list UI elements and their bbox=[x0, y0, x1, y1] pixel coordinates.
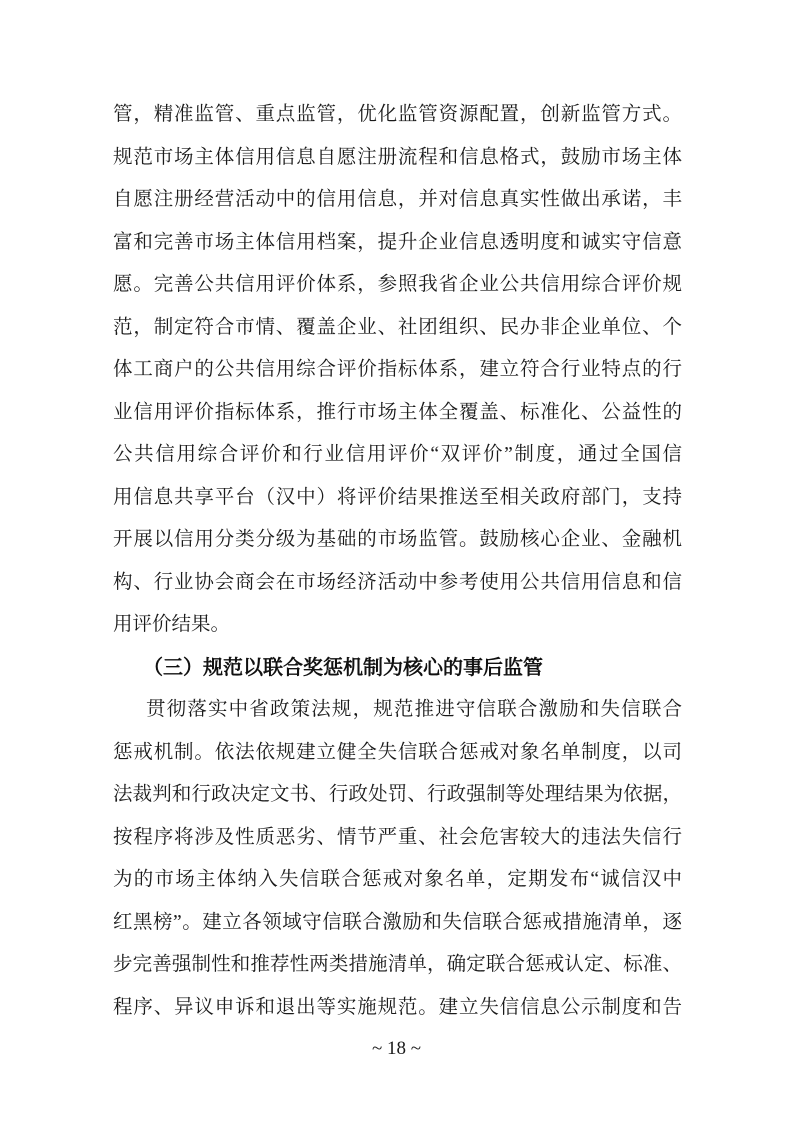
paragraph-line: 惩戒机制。依法依规建立健全失信联合惩戒对象名单制度，以司 bbox=[113, 732, 682, 775]
paragraph-line: 愿。完善公共信用评价体系，参照我省企业公共信用综合评价规 bbox=[113, 264, 682, 307]
paragraph-line: 步完善强制性和推荐性两类措施清单，确定联合惩戒认定、标准、 bbox=[113, 944, 682, 987]
paragraph-line: 法裁判和行政决定文书、行政处罚、行政强制等处理结果为依据， bbox=[113, 774, 682, 817]
paragraph-line: 管，精准监管、重点监管，优化监管资源配置，创新监管方式。 bbox=[113, 94, 682, 137]
paragraph-line: 规范市场主体信用信息自愿注册流程和信息格式，鼓励市场主体 bbox=[113, 137, 682, 180]
paragraph-line: 为的市场主体纳入失信联合惩戒对象名单，定期发布“诚信汉中 bbox=[113, 859, 682, 902]
paragraph-line: 业信用评价指标体系，推行市场主体全覆盖、标准化、公益性的 bbox=[113, 392, 682, 435]
document-page: 管，精准监管、重点监管，优化监管资源配置，创新监管方式。 规范市场主体信用信息自… bbox=[0, 0, 793, 1122]
paragraph-line: 红黑榜”。建立各领域守信联合激励和失信联合惩戒措施清单，逐 bbox=[113, 902, 682, 945]
body-text-block: 管，精准监管、重点监管，优化监管资源配置，创新监管方式。 规范市场主体信用信息自… bbox=[113, 94, 682, 1029]
paragraph-line: 用信息共享平台（汉中）将评价结果推送至相关政府部门，支持 bbox=[113, 477, 682, 520]
paragraph-line: 范，制定符合市情、覆盖企业、社团组织、民办非企业单位、个 bbox=[113, 307, 682, 350]
paragraph-line: 自愿注册经营活动中的信用信息，并对信息真实性做出承诺，丰 bbox=[113, 179, 682, 222]
paragraph-line: 公共信用综合评价和行业信用评价“双评价”制度，通过全国信 bbox=[113, 434, 682, 477]
paragraph-line: 体工商户的公共信用综合评价指标体系，建立符合行业特点的行 bbox=[113, 349, 682, 392]
paragraph-line: 程序、异议申诉和退出等实施规范。建立失信信息公示制度和告 bbox=[113, 987, 682, 1030]
paragraph-line: 按程序将涉及性质恶劣、情节严重、社会危害较大的违法失信行 bbox=[113, 817, 682, 860]
paragraph-line: 开展以信用分类分级为基础的市场监管。鼓励核心企业、金融机 bbox=[113, 519, 682, 562]
paragraph-last-line: 用评价结果。 bbox=[113, 604, 682, 647]
page-number: ~ 18 ~ bbox=[0, 1036, 793, 1062]
paragraph-line: 构、行业协会商会在市场经济活动中参考使用公共信用信息和信 bbox=[113, 562, 682, 605]
paragraph-line: 贯彻落实中省政策法规，规范推进守信联合激励和失信联合 bbox=[113, 689, 682, 732]
section-heading: （三）规范以联合奖惩机制为核心的事后监管 bbox=[113, 647, 682, 690]
paragraph-line: 富和完善市场主体信用档案，提升企业信息透明度和诚实守信意 bbox=[113, 222, 682, 265]
